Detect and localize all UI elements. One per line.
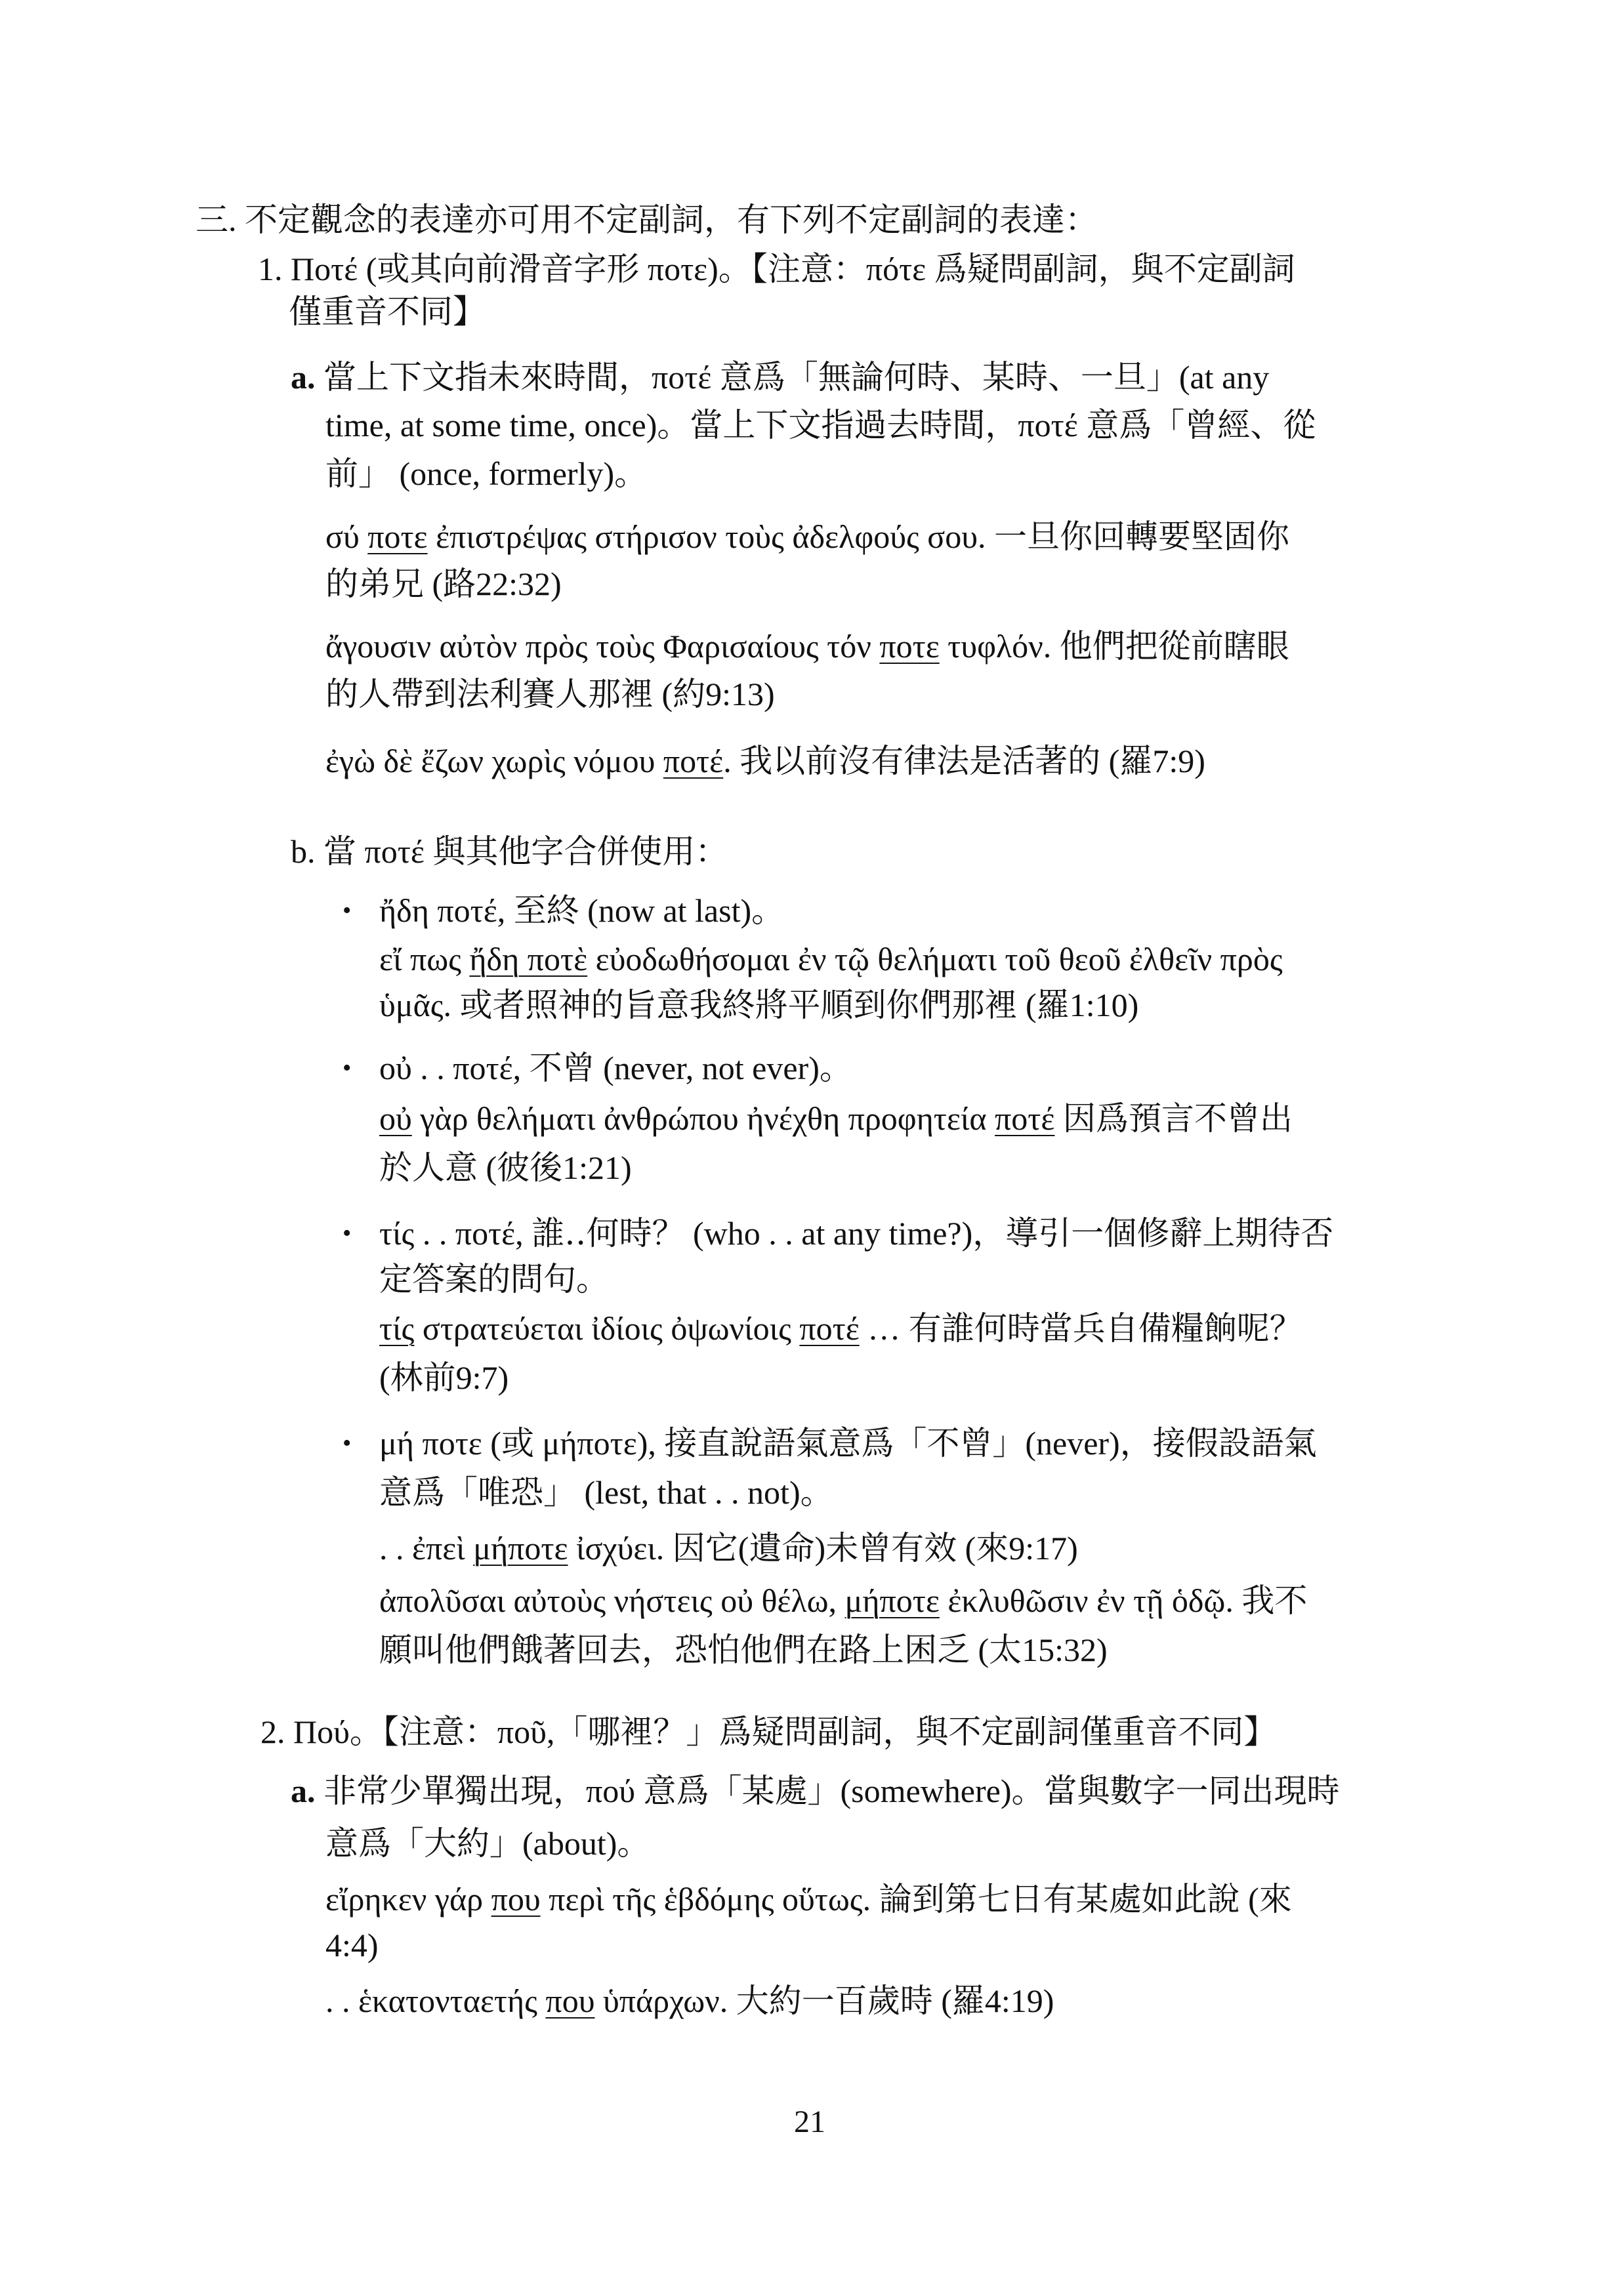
example-john-9-13-line1: ἄγουσιν αὐτὸν πρὸς τοὺς Φαρισαίους τόν π… bbox=[325, 626, 1289, 666]
underlined-word: ποτε bbox=[879, 628, 939, 665]
item1-sub-a-line1: a. 當上下文指未來時間，ποτέ 意爲「無論何時、某時、一旦」(at any bbox=[291, 358, 1269, 397]
bullet3-example-line2: (林前9:7) bbox=[379, 1358, 509, 1397]
bullet3-head-line2: 定答案的問句。 bbox=[379, 1260, 609, 1299]
item1-label: 1. bbox=[258, 251, 283, 287]
underlined-word: ποτε bbox=[367, 518, 427, 555]
item1-title-text: Ποτέ (或其向前滑音字形 ποτε)。【注意：πότε 爲疑問副詞，與不定副… bbox=[291, 251, 1295, 287]
bullet-icon: • bbox=[343, 1424, 351, 1463]
greek-text: στρατεύεται ἰδίοις ὀψωνίοις bbox=[414, 1310, 799, 1347]
greek-text: σύ bbox=[325, 518, 367, 555]
greek-translation-text: τυφλόν. 他們把從前瞎眼 bbox=[940, 628, 1289, 665]
document-page: 三. 不定觀念的表達亦可用不定副詞，有下列不定副詞的表達： 1. Ποτέ (或… bbox=[0, 0, 1624, 2296]
greek-text: εἴρηκεν γάρ bbox=[325, 1881, 491, 1917]
bullet2-example-line2: 於人意 (彼後1:21) bbox=[379, 1148, 632, 1187]
example-romans-4-19: . . ἑκατονταετής που ὑπάρχων. 大約一百歲時 (羅4… bbox=[325, 1981, 1054, 2020]
greek-translation-text: ὑπάρχων. 大約一百歲時 (羅4:19) bbox=[594, 1982, 1054, 2019]
underlined-word: τίς bbox=[379, 1310, 414, 1347]
example-romans-7-9: ἐγὼ δὲ ἔζων χωρὶς νόμου ποτέ. 我以前沒有律法是活著… bbox=[325, 741, 1205, 781]
underlined-word: οὐ bbox=[379, 1100, 412, 1137]
bullet4-head-line2: 意爲「唯恐」 (lest, that . . not)。 bbox=[379, 1473, 833, 1512]
item1-sub-b-line1: b. 當 ποτέ 與其他字合併使用： bbox=[291, 832, 728, 871]
bullet3-example-line1: τίς στρατεύεται ἰδίοις ὀψωνίοις ποτέ … 有… bbox=[379, 1309, 1302, 1348]
bullet4-example2-line1: ἀπολῦσαι αὐτοὺς νήστεις οὐ θέλω, μήποτε … bbox=[379, 1581, 1307, 1620]
section-heading: 三. 不定觀念的表達亦可用不定副詞，有下列不定副詞的表達： bbox=[196, 200, 1098, 239]
sub-b-label: b. bbox=[291, 833, 316, 870]
bullet4-example1: . . ἐπεὶ μήποτε ἰσχύει. 因它(遺命)未曾有效 (來9:1… bbox=[379, 1528, 1078, 1568]
greek-text: γὰρ θελήματι ἀνθρώπου ἠνέχθη προφητεία bbox=[412, 1100, 995, 1137]
underlined-word: ἤδη ποτὲ bbox=[469, 941, 587, 977]
sub-a-label: a. bbox=[291, 1773, 316, 1809]
underlined-word: μήποτε bbox=[473, 1530, 568, 1567]
translation-text: 因爲預言不曾出 bbox=[1054, 1100, 1293, 1137]
underlined-word: που bbox=[491, 1881, 541, 1917]
greek-text: . . ἐπεὶ bbox=[379, 1530, 473, 1567]
underlined-word: ποτέ bbox=[663, 743, 723, 779]
sub-a-text: 非常少單獨出現，πού 意爲「某處」(somewhere)。當與數字一同出現時 bbox=[323, 1773, 1340, 1809]
bullet1-example-line1: εἴ πως ἤδη ποτὲ εὐοδωθήσομαι ἐν τῷ θελήμ… bbox=[379, 939, 1283, 979]
item1-sub-a-line2: time, at some time, once)。當上下文指過去時間，ποτέ… bbox=[325, 405, 1316, 445]
sub-a-text: 當上下文指未來時間，ποτέ 意爲「無論何時、某時、一旦」(at any bbox=[323, 359, 1269, 396]
item2-label: 2. bbox=[260, 1713, 285, 1750]
greek-translation-text: περὶ τῆς ἑβδόμης οὕτως. 論到第七日有某處如此說 (來 bbox=[541, 1881, 1292, 1917]
underlined-word: που bbox=[545, 1982, 594, 2019]
sub-a-label: a. bbox=[291, 359, 316, 396]
item2-title-text: Πού。【注意：ποῦ,「哪裡？」爲疑問副詞，與不定副詞僅重音不同】 bbox=[293, 1713, 1276, 1750]
greek-text: εἴ πως bbox=[379, 941, 469, 977]
example-hebrews-4-4-line1: εἴρηκεν γάρ που περὶ τῆς ἑβδόμης οὕτως. … bbox=[325, 1879, 1292, 1919]
translation-text: … 有誰何時當兵自備糧餉呢？ bbox=[860, 1310, 1302, 1347]
item1-sub-a-line3: 前」 (once, formerly)。 bbox=[325, 454, 647, 493]
bullet1-example-line2: ὑμᾶς. 或者照神的旨意我終將平順到你們那裡 (羅1:10) bbox=[379, 985, 1138, 1025]
greek-translation-text: . 我以前沒有律法是活著的 (羅7:9) bbox=[723, 743, 1205, 779]
bullet-icon: • bbox=[343, 1214, 351, 1253]
example-luke-22-32-line1: σύ ποτε ἐπιστρέψας στήρισον τοὺς ἀδελφού… bbox=[325, 517, 1289, 556]
greek-translation-text: ἐπιστρέψας στήρισον τοὺς ἀδελφούς σου. 一… bbox=[428, 518, 1289, 555]
bullet3-head-line1: τίς . . ποτέ, 誰‥何時？ (who . . at any time… bbox=[379, 1214, 1333, 1253]
example-luke-22-32-line2: 的弟兄 (路22:32) bbox=[325, 564, 562, 604]
item2-sub-a-line2: 意爲「大約」(about)。 bbox=[325, 1824, 650, 1863]
bullet4-head-line1: μή ποτε (或 μήποτε), 接直說語氣意爲「不曾」(never)，接… bbox=[379, 1424, 1317, 1463]
example-john-9-13-line2: 的人帶到法利賽人那裡 (約9:13) bbox=[325, 674, 775, 714]
example-hebrews-4-4-line2: 4:4) bbox=[325, 1925, 379, 1965]
sub-b-text: 當 ποτέ 與其他字合併使用： bbox=[323, 833, 728, 870]
greek-text: ἐγὼ δὲ ἔζων χωρὶς νόμου bbox=[325, 743, 663, 779]
item1-title-line1: 1. Ποτέ (或其向前滑音字形 ποτε)。【注意：πότε 爲疑問副詞，與… bbox=[258, 249, 1295, 289]
underlined-word: ποτέ bbox=[995, 1100, 1054, 1137]
greek-text: ἀπολῦσαι αὐτοὺς νήστεις οὐ θέλω, bbox=[379, 1582, 845, 1619]
item2-title: 2. Πού。【注意：ποῦ,「哪裡？」爲疑問副詞，與不定副詞僅重音不同】 bbox=[260, 1712, 1276, 1752]
item1-title-line2: 僅重音不同】 bbox=[289, 292, 486, 331]
greek-text: ἄγουσιν αὐτὸν πρὸς τοὺς Φαρισαίους τόν bbox=[325, 628, 879, 665]
greek-translation-text: ἐκλυθῶσιν ἐν τῇ ὁδῷ. 我不 bbox=[940, 1582, 1307, 1619]
bullet-icon: • bbox=[343, 891, 351, 930]
bullet2-example-line1: οὐ γὰρ θελήματι ἀνθρώπου ἠνέχθη προφητεί… bbox=[379, 1099, 1293, 1138]
bullet2-head: οὐ . . ποτέ, 不曾 (never, not ever)。 bbox=[379, 1048, 852, 1088]
bullet4-example2-line2: 願叫他們餓著回去，恐怕他們在路上困乏 (太15:32) bbox=[379, 1630, 1108, 1670]
translation-text: ἰσχύει. 因它(遺命)未曾有效 (來9:17) bbox=[568, 1530, 1078, 1567]
greek-text: . . ἑκατονταετής bbox=[325, 1982, 545, 2019]
underlined-word: μήποτε bbox=[845, 1582, 940, 1619]
underlined-word: ποτέ bbox=[799, 1310, 859, 1347]
greek-text: εὐοδωθήσομαι ἐν τῷ θελήματι τοῦ θεοῦ ἐλθ… bbox=[587, 941, 1283, 977]
bullet1-head: ἤδη ποτέ, 至終 (now at last)。 bbox=[379, 891, 784, 930]
page-number: 21 bbox=[794, 2102, 825, 2142]
bullet-icon: • bbox=[343, 1048, 351, 1088]
item2-sub-a-line1: a. 非常少單獨出現，πού 意爲「某處」(somewhere)。當與數字一同出… bbox=[291, 1771, 1340, 1811]
